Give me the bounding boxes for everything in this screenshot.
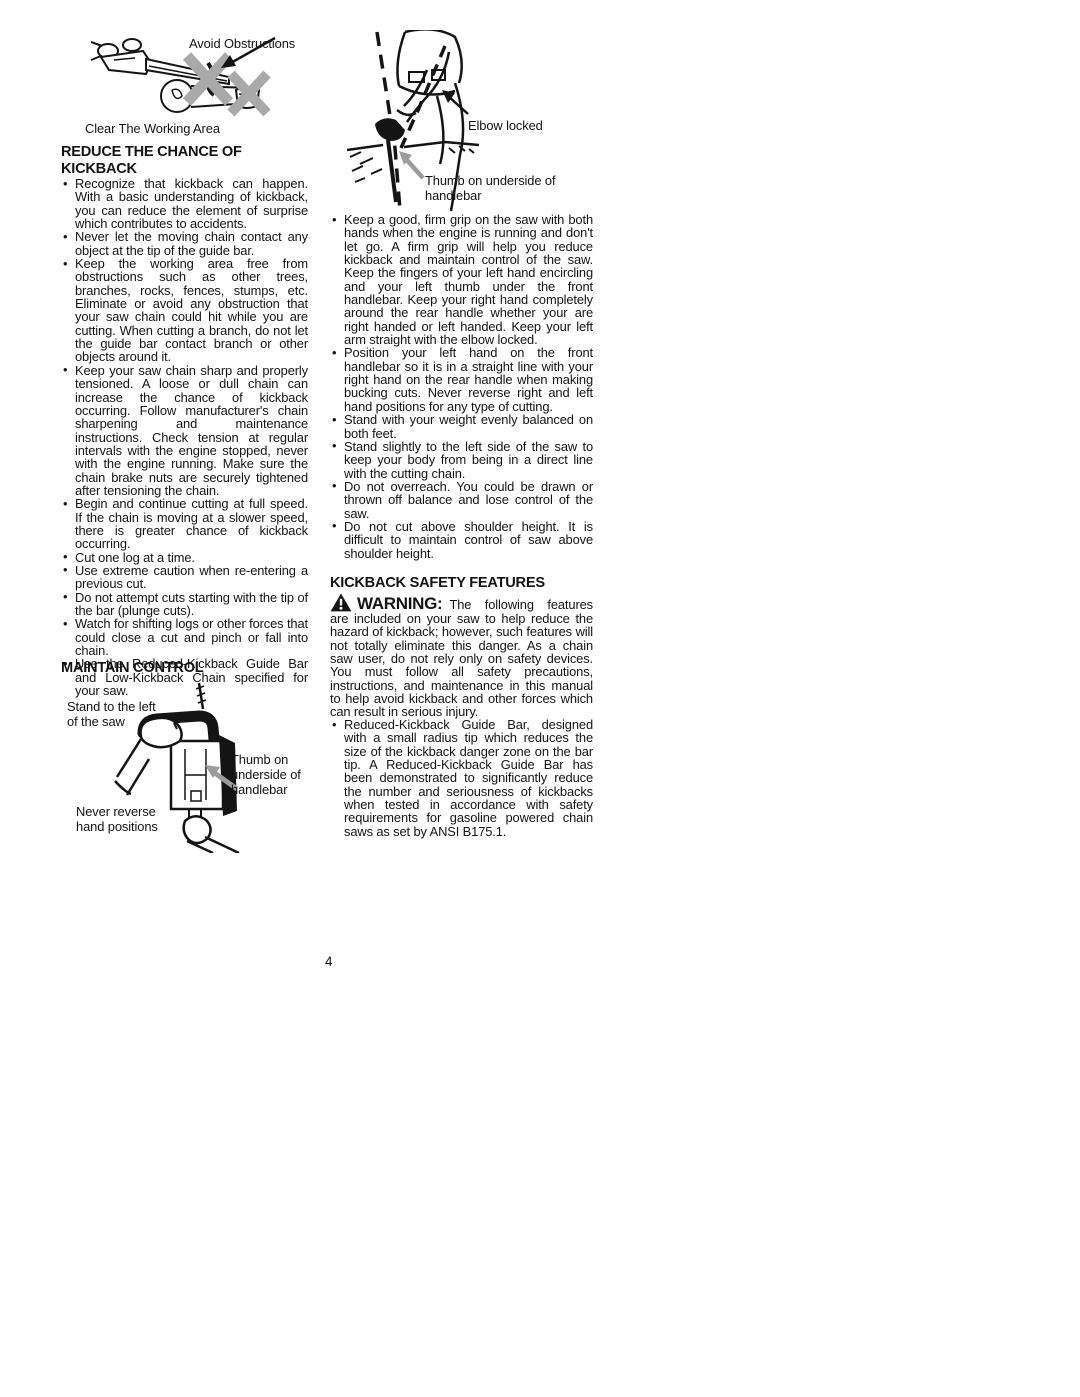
left-column: Avoid Obstructions Clear The Working Are… (61, 30, 308, 144)
figure-caption: Stand to the left of the saw (67, 699, 159, 729)
figure-caption: Clear The Working Area (85, 121, 220, 136)
list-item: Keep your saw chain sharp and properly t… (61, 364, 308, 497)
list-item: Cut one log at a time. (61, 551, 308, 564)
list-item: Reduced-Kickback Guide Bar, designed wit… (330, 718, 593, 838)
figure-caption: Thumb on underside of handlebar (231, 752, 315, 797)
reduce-bullet-list: Recognize that kickback can happen. With… (61, 177, 308, 697)
figure-caption: Elbow locked (468, 118, 543, 133)
warning-triangle-icon (330, 593, 352, 612)
list-item: Recognize that kickback can happen. With… (61, 177, 308, 230)
clear-working-area-figure: Avoid Obstructions Clear The Working Are… (61, 30, 308, 144)
maintain-control-section: MAINTAIN CONTROL (61, 660, 308, 869)
figure-caption: Thumb on underside of handlebar (425, 173, 567, 203)
grip-stance-figure: Elbow locked Thumb on underside of handl… (330, 30, 593, 213)
section-heading-maintain-control: MAINTAIN CONTROL (61, 660, 308, 677)
list-item: Keep a good, firm grip on the saw with b… (330, 213, 593, 346)
section-heading-reduce-kickback: REDUCE THE CHANCE OF KICKBACK (61, 144, 291, 177)
section-heading-kickback-safety: KICKBACK SAFETY FEATURES (330, 575, 545, 592)
page-number: 4 (325, 954, 333, 969)
list-item: Stand with your weight evenly balanced o… (330, 413, 593, 440)
right-column: Elbow locked Thumb on underside of handl… (330, 30, 593, 213)
arrow-icon (405, 158, 423, 178)
list-item: Do not cut above shoulder height. It is … (330, 520, 593, 560)
maintain-control-figure: Stand to the left of the saw Thumb on un… (61, 679, 308, 869)
list-item: Never let the moving chain contact any o… (61, 230, 308, 257)
list-item: Stand slightly to the left side of the s… (330, 440, 593, 480)
figure-caption: Avoid Obstructions (189, 36, 295, 51)
list-item: Do not overreach. You could be drawn or … (330, 480, 593, 520)
list-item: Watch for shifting logs or other forces … (61, 617, 308, 657)
list-item: Position your left hand on the front han… (330, 346, 593, 413)
list-item: Begin and continue cutting at full speed… (61, 497, 308, 550)
figure-caption: Never reverse hand positions (76, 804, 176, 834)
list-item: Use extreme caution when re-entering a p… (61, 564, 308, 591)
list-item: Do not attempt cuts starting with the ti… (61, 591, 308, 618)
list-item: Keep the working area free from obstruct… (61, 257, 308, 364)
grip-bullet-list: Keep a good, firm grip on the saw with b… (330, 213, 593, 560)
kickback-features-bullet-list: Reduced-Kickback Guide Bar, designed wit… (330, 718, 593, 838)
warning-text: The following features are included on y… (330, 597, 593, 719)
manual-page: Avoid Obstructions Clear The Working Are… (0, 0, 1080, 1397)
warning-block: WARNING:The following features are inclu… (330, 593, 593, 719)
